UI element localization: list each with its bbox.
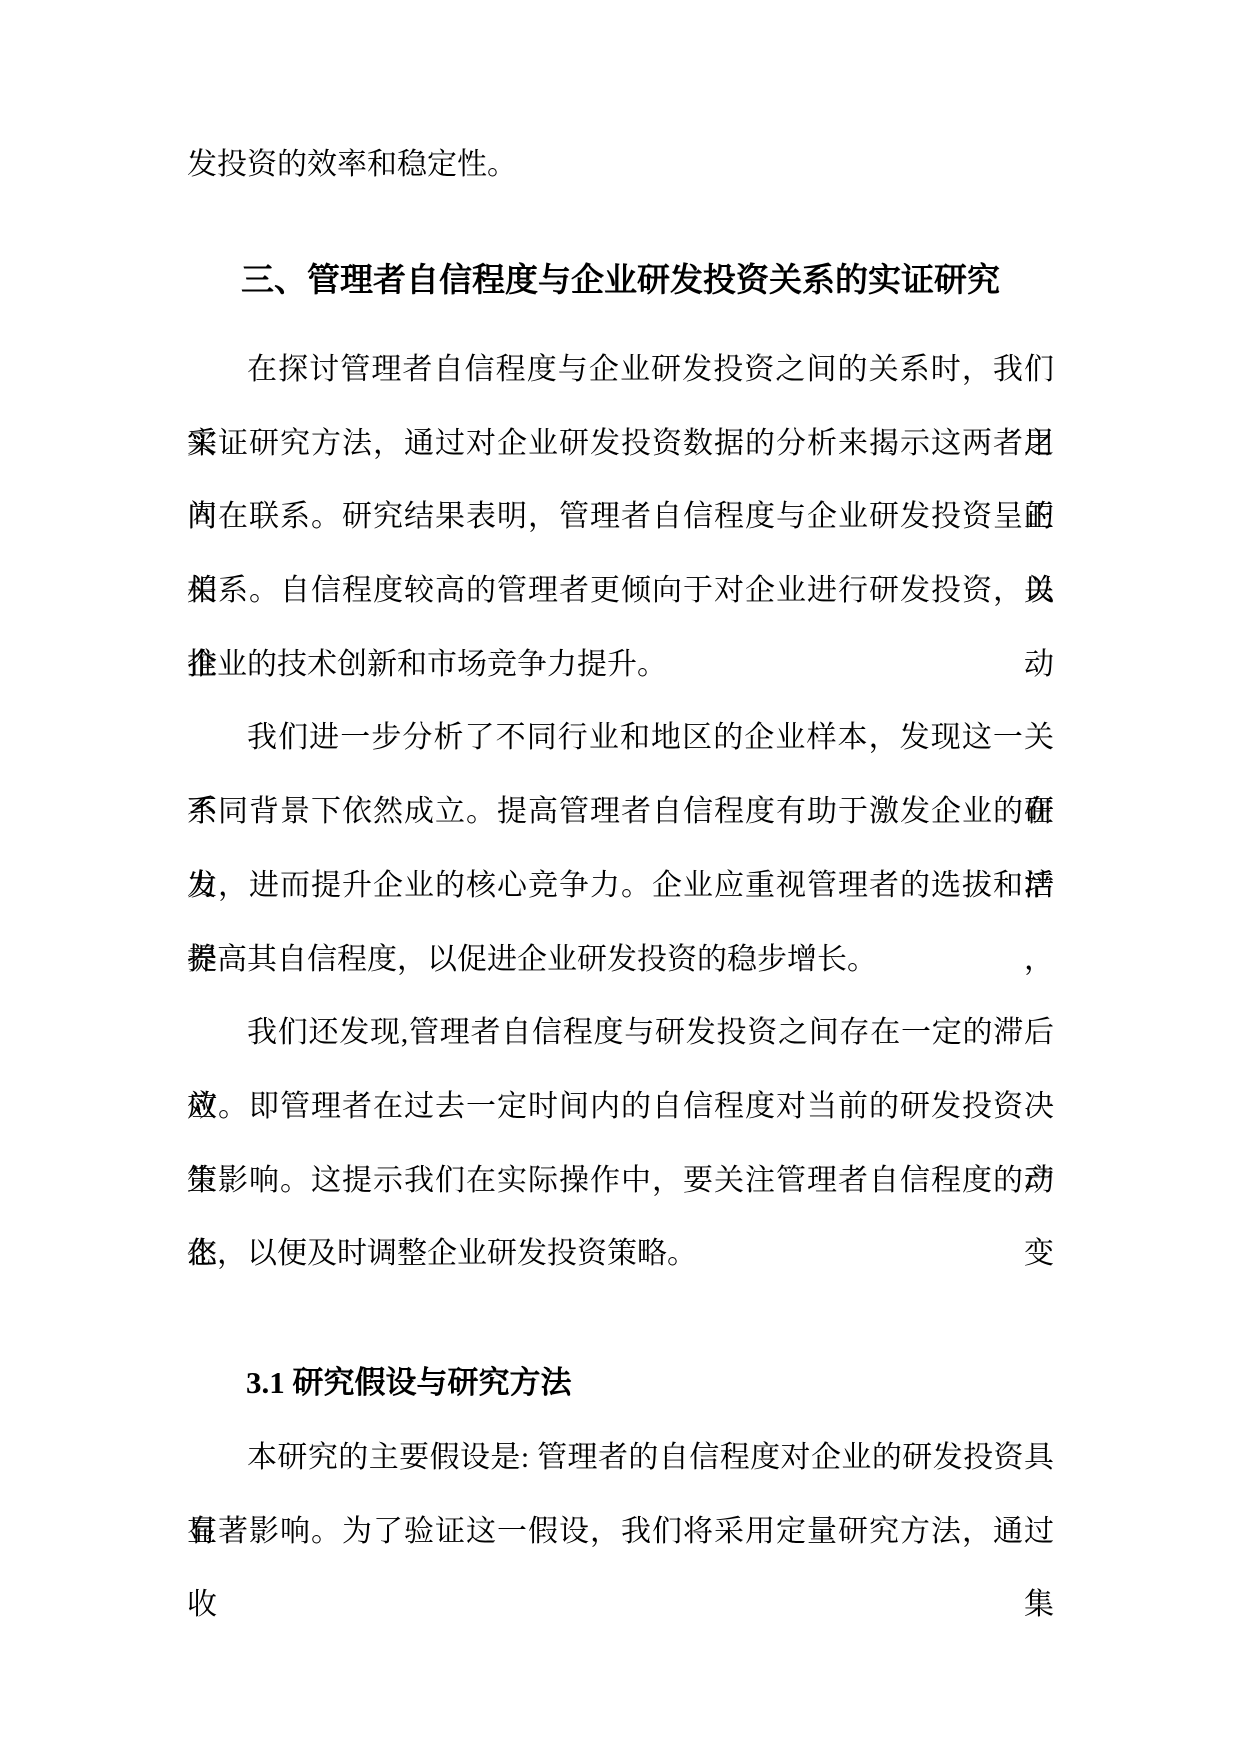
body-line: 力，进而提升企业的核心竞争力。企业应重视管理者的选拔和培养， xyxy=(187,849,1054,923)
body-line: 实证研究方法，通过对企业研发投资数据的分析来揭示这两者之间的 xyxy=(187,407,1054,481)
sub-heading: 3.1 研究假设与研究方法 xyxy=(187,1346,1054,1420)
body-text-block: 在探讨管理者自信程度与企业研发投资之间的关系时，我们采用 实证研究方法，通过对企… xyxy=(187,333,1054,1291)
body-line: 生影响。这提示我们在实际操作中，要关注管理者自信程度的动态变 xyxy=(187,1144,1054,1218)
body-line: 关系。自信程度较高的管理者更倾向于对企业进行研发投资，以推动 xyxy=(187,554,1054,628)
body-line: 我们进一步分析了不同行业和地区的企业样本，发现这一关系在 xyxy=(187,701,1054,775)
document-page: 发投资的效率和稳定性。 三、管理者自信程度与企业研发投资关系的实证研究 在探讨管… xyxy=(0,0,1241,1754)
body-line: 内在联系。研究结果表明，管理者自信程度与企业研发投资呈正相关 xyxy=(187,480,1054,554)
body-text-block-2: 本研究的主要假设是: 管理者的自信程度对企业的研发投资具有 显著影响。为了验证这… xyxy=(187,1421,1054,1568)
body-line: 显著影响。为了验证这一假设，我们将采用定量研究方法，通过收集 xyxy=(187,1495,1054,1569)
body-line: 不同背景下依然成立。提高管理者自信程度有助于激发企业的研发活 xyxy=(187,775,1054,849)
body-line: 在探讨管理者自信程度与企业研发投资之间的关系时，我们采用 xyxy=(187,333,1054,407)
body-line: 应。即管理者在过去一定时间内的自信程度对当前的研发投资决策产 xyxy=(187,1070,1054,1144)
body-line: 本研究的主要假设是: 管理者的自信程度对企业的研发投资具有 xyxy=(187,1421,1054,1495)
leading-line: 发投资的效率和稳定性。 xyxy=(187,128,1054,202)
section-heading: 三、管理者自信程度与企业研发投资关系的实证研究 xyxy=(187,245,1054,319)
body-line: 我们还发现,管理者自信程度与研发投资之间存在一定的滞后效 xyxy=(187,996,1054,1070)
